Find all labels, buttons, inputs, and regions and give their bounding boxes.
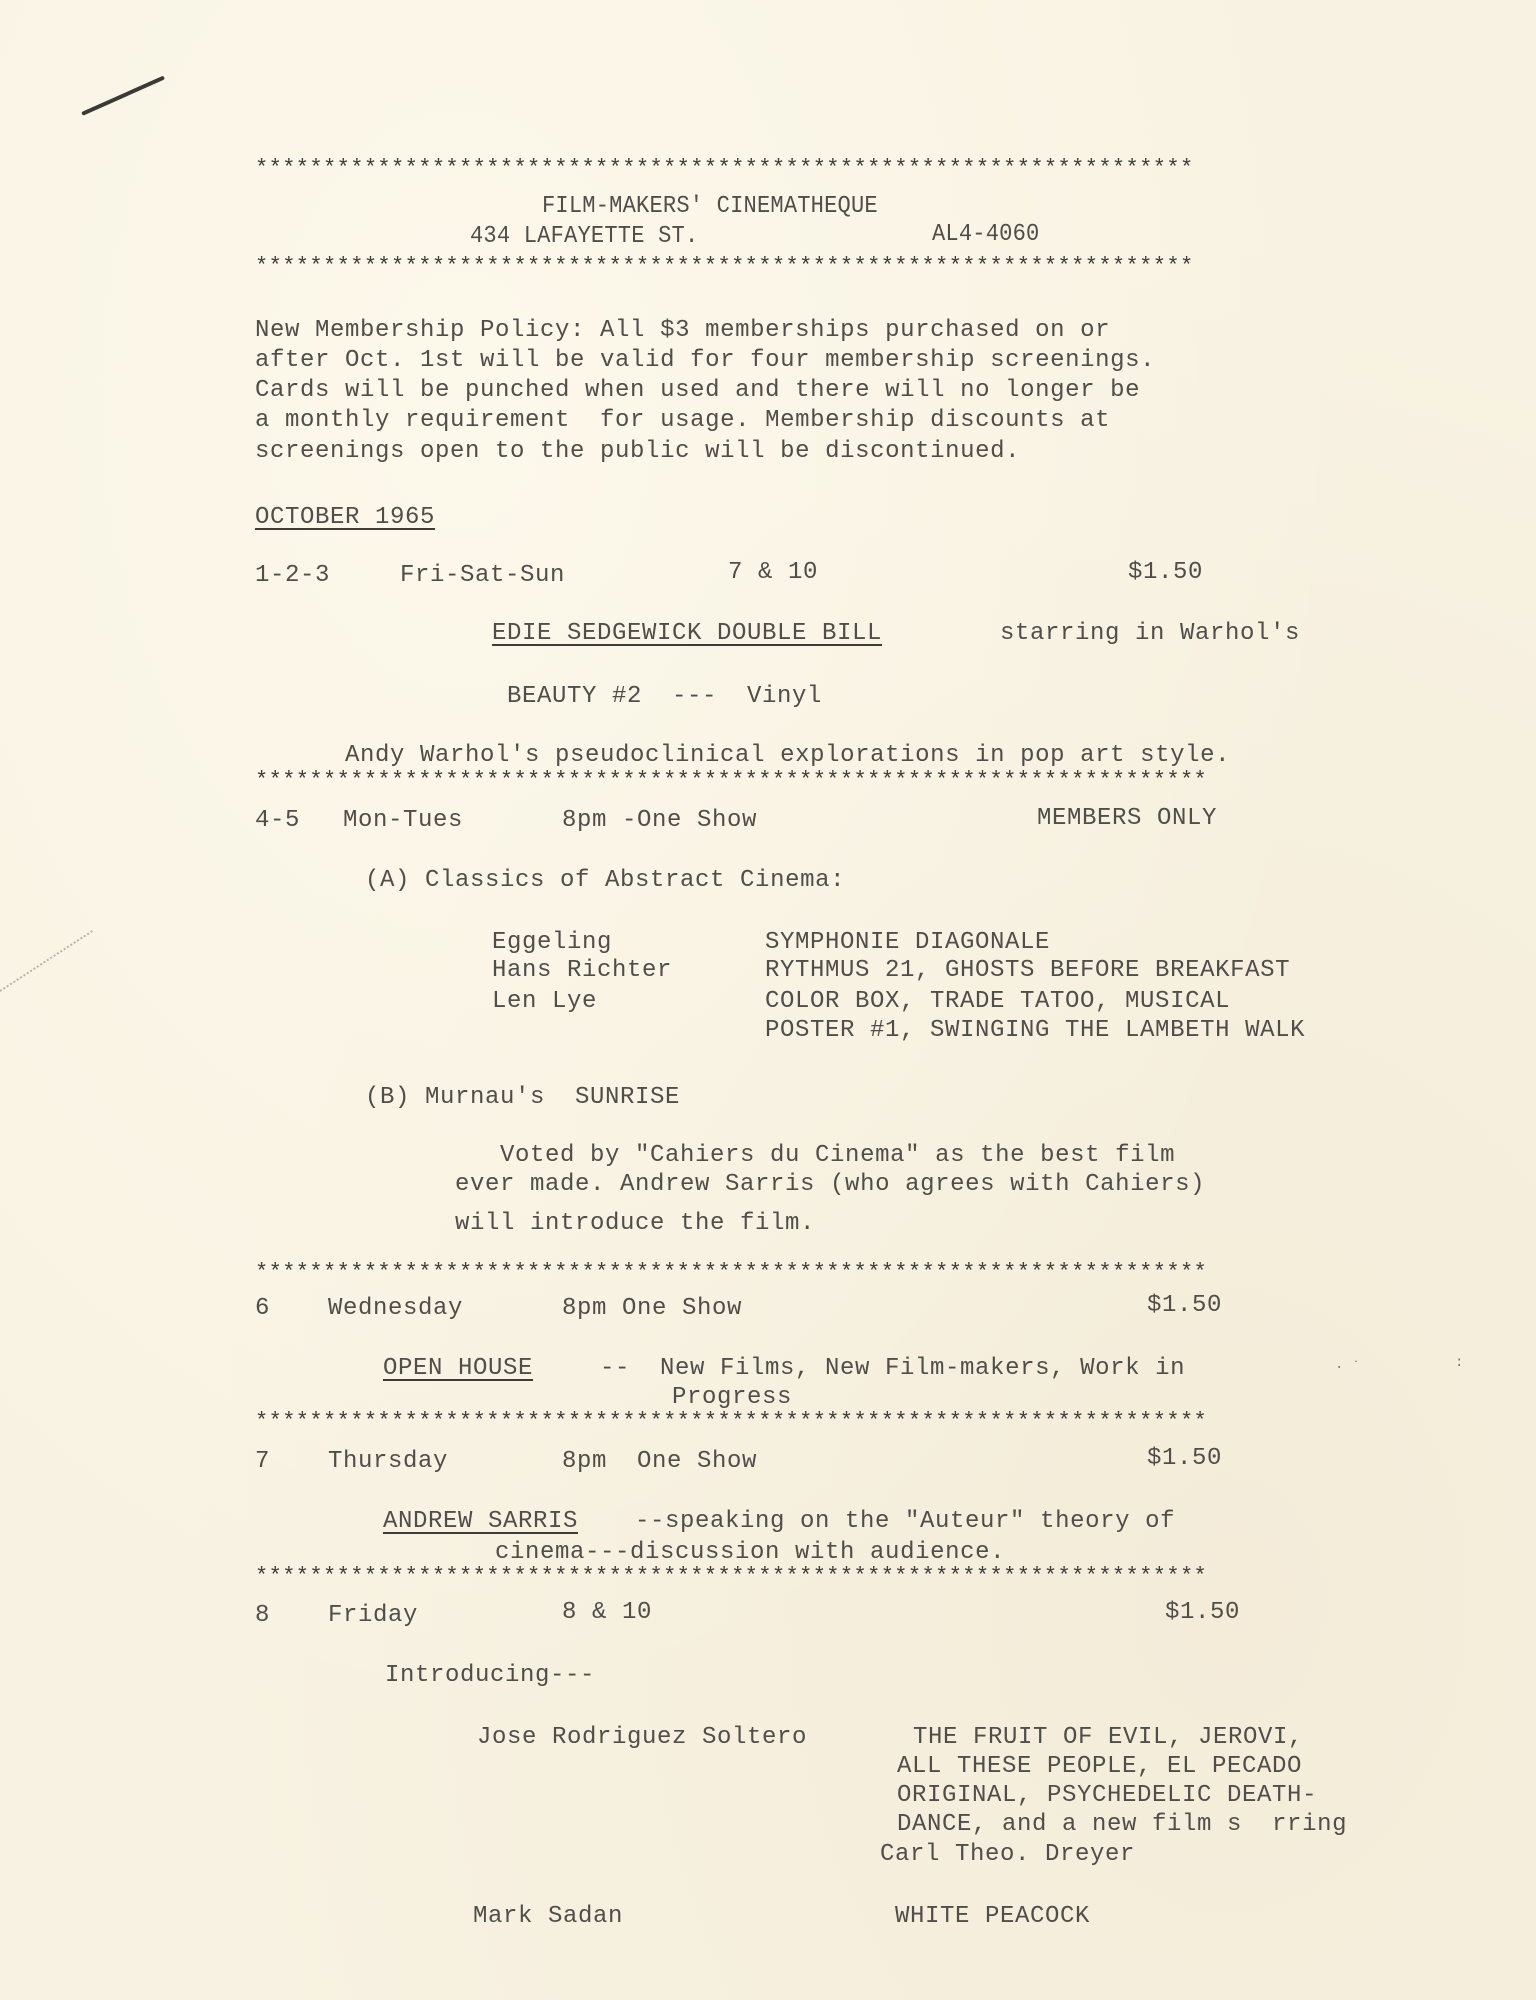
filmmaker-name: Mark Sadan xyxy=(473,1902,623,1932)
policy-line: New Membership Policy: All $3 membership… xyxy=(255,316,1110,346)
event-title-suffix: starring in Warhol's xyxy=(1000,619,1300,649)
filmmaker-films: Carl Theo. Dreyer xyxy=(880,1840,1135,1870)
event-price: $1.50 xyxy=(1128,558,1203,588)
event-price: $1.50 xyxy=(1165,1598,1240,1628)
event-title: EDIE SEDGEWICK DOUBLE BILL xyxy=(492,619,882,649)
filmmaker-films: POSTER #1, SWINGING THE LAMBETH WALK xyxy=(765,1016,1305,1046)
filmmaker-films: ORIGINAL, PSYCHEDELIC DEATH- xyxy=(897,1781,1317,1811)
event-date: 4-5 xyxy=(255,806,300,836)
event-films: BEAUTY #2 --- Vinyl xyxy=(507,682,822,712)
event-title-suffix: --speaking on the "Auteur" theory of xyxy=(620,1507,1175,1537)
event-day: Thursday xyxy=(328,1447,448,1477)
event-time: 8 & 10 xyxy=(562,1598,652,1628)
event-description: Andy Warhol's pseudoclinical exploration… xyxy=(345,741,1230,771)
event-time: 7 & 10 xyxy=(728,558,818,588)
filmmaker-films: COLOR BOX, TRADE TATOO, MUSICAL xyxy=(765,987,1230,1017)
policy-line: screenings open to the public will be di… xyxy=(255,437,1020,467)
event-date: 6 xyxy=(255,1294,270,1324)
event-title: OPEN HOUSE xyxy=(383,1354,533,1384)
event-date: 7 xyxy=(255,1447,270,1477)
event-title-suffix: -- New Films, New Film-makers, Work in xyxy=(600,1354,1185,1384)
filmmaker-films: RYTHMUS 21, GHOSTS BEFORE BREAKFAST xyxy=(765,956,1290,986)
filmmaker-name: Hans Richter xyxy=(492,956,672,986)
part-b-description: will introduce the film. xyxy=(455,1209,815,1239)
event-day: Mon-Tues xyxy=(343,806,463,836)
part-a-label: (A) Classics of Abstract Cinema: xyxy=(365,866,845,896)
event-title: ANDREW SARRIS xyxy=(383,1507,578,1537)
event-time: 8pm One Show xyxy=(562,1294,742,1324)
policy-line: after Oct. 1st will be valid for four me… xyxy=(255,346,1155,376)
ink-speck: : xyxy=(1455,1355,1463,1371)
filmmaker-name: Len Lye xyxy=(492,987,597,1017)
event-time: 8pm One Show xyxy=(562,1447,757,1477)
filmmaker-films: WHITE PEACOCK xyxy=(895,1902,1090,1932)
filmmaker-name: Jose Rodriguez Soltero xyxy=(477,1723,807,1753)
part-b-description: ever made. Andrew Sarris (who agrees wit… xyxy=(455,1170,1205,1200)
filmmaker-films: SYMPHONIE DIAGONALE xyxy=(765,928,1050,958)
filmmaker-films: THE FRUIT OF EVIL, JEROVI, xyxy=(913,1723,1303,1753)
organization-address: 434 LAFAYETTE ST. xyxy=(470,222,698,252)
event-price: MEMBERS ONLY xyxy=(1037,804,1217,834)
event-time: 8pm -One Show xyxy=(562,806,757,836)
header-star-rule-top: ****************************************… xyxy=(255,158,1194,180)
star-rule: ****************************************… xyxy=(255,1262,1207,1284)
star-rule: ****************************************… xyxy=(255,1411,1207,1433)
policy-line: a monthly requirement for usage. Members… xyxy=(255,406,1110,436)
event-price: $1.50 xyxy=(1147,1444,1222,1474)
event-price: $1.50 xyxy=(1147,1291,1222,1321)
event-day: Friday xyxy=(328,1601,418,1631)
ink-speck: · ˙ xyxy=(1335,1360,1360,1376)
event-date: 1-2-3 xyxy=(255,561,330,591)
part-b-description: Voted by "Cahiers du Cinema" as the best… xyxy=(455,1141,1175,1171)
month-heading: OCTOBER 1965 xyxy=(255,503,435,533)
organization-phone: AL4-4060 xyxy=(932,220,1039,250)
star-rule: ****************************************… xyxy=(255,770,1207,792)
organization-title: FILM-MAKERS' CINEMATHEQUE xyxy=(542,192,878,222)
star-rule: ****************************************… xyxy=(255,1566,1207,1588)
filmmaker-films: DANCE, and a new film s rring xyxy=(897,1810,1347,1840)
pen-mark xyxy=(81,76,165,116)
part-b-label: (B) Murnau's SUNRISE xyxy=(365,1083,680,1113)
event-day: Wednesday xyxy=(328,1294,463,1324)
paper-crease xyxy=(0,930,93,992)
policy-line: Cards will be punched when used and ther… xyxy=(255,376,1140,406)
event-day: Fri-Sat-Sun xyxy=(400,561,565,591)
filmmaker-name: Eggeling xyxy=(492,928,612,958)
header-star-rule-bottom: ****************************************… xyxy=(255,256,1194,278)
event-intro: Introducing--- xyxy=(385,1661,595,1691)
filmmaker-films: ALL THESE PEOPLE, EL PECADO xyxy=(897,1752,1302,1782)
event-date: 8 xyxy=(255,1601,270,1631)
